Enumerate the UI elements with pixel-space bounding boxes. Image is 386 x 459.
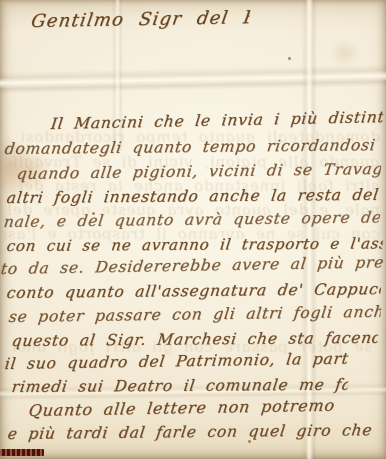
handwritten-line: con cui se ne avranno il trasporto e l'a… [6, 234, 384, 255]
handwritten-line: to da se. Desidererebbe avere al più pre… [0, 253, 384, 278]
watermark-bar [0, 449, 44, 456]
handwritten-line: altri fogli innestando anche la resta de… [6, 186, 382, 207]
handwritten-line: se poter passare con gli altri fogli anc… [8, 303, 382, 326]
handwritten-line: e più tardi dal farle con quel giro che … [7, 421, 373, 443]
fold-crease-horizontal-top [0, 64, 386, 94]
handwritten-line: questo al Sigr. Marchesi che sta facendo [11, 329, 379, 350]
handwritten-line: rimedi sui Deatro il comunale me fa. [11, 376, 349, 396]
handwritten-line: Quanto alle lettere non potremo [28, 395, 372, 420]
paper-stain [330, 40, 360, 66]
salutation-line: Gentilmo Sigr del Bimbo [30, 7, 251, 32]
ink-speck [288, 57, 291, 60]
handwritten-line: conto quanto all'assegnatura de' Cappucc… [6, 280, 382, 302]
letter-page: domandategli quanto tempo ricordandosi d… [0, 0, 386, 459]
